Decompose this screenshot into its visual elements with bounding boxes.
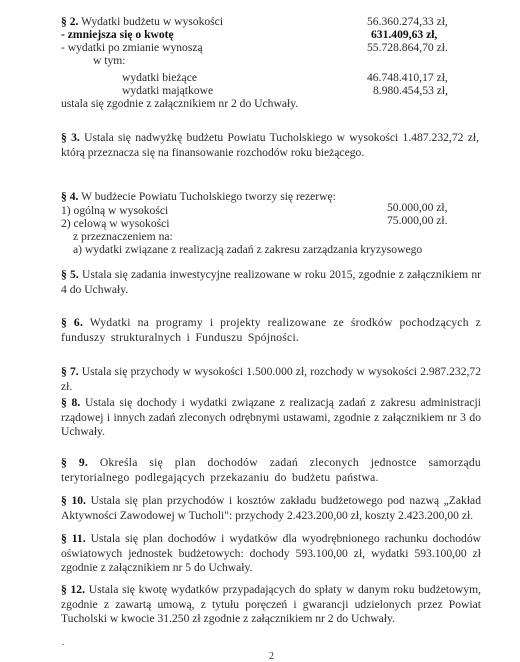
s11-paragraph: § 11. Ustala się plan dochodów i wydatkó… bbox=[61, 532, 481, 576]
s4-item2-value: 75.000,00 zł. bbox=[387, 214, 448, 227]
s4-item2: 2) celową w wysokości bbox=[61, 217, 170, 230]
s4-sub: z przeznaczeniem na: bbox=[73, 230, 173, 243]
s2-line6-value: 8.980.454,53 zł, bbox=[373, 84, 448, 97]
s2-line6: wydatki majątkowe bbox=[122, 84, 213, 97]
s10-paragraph: § 10. Ustala się plan przychodów i koszt… bbox=[61, 494, 481, 523]
s2-line2: - zmniejsza się o kwotę bbox=[61, 28, 174, 41]
s9-paragraph: § 9. Określa się plan dochodów zadań zle… bbox=[61, 456, 481, 485]
s8-paragraph: § 8. Ustala się dochody i wydatki związa… bbox=[61, 396, 481, 440]
stray-mark: . bbox=[62, 636, 64, 649]
s2-line1: § 2. Wydatki budżetu w wysokości bbox=[61, 15, 223, 28]
s6-paragraph: § 6. Wydatki na programy i projekty real… bbox=[61, 316, 481, 345]
s2-line1-value: 56.360.274,33 zł, bbox=[367, 15, 448, 28]
s3-paragraph: § 3. Ustala się nadwyżkę budżetu Powiatu… bbox=[61, 131, 479, 160]
s12-paragraph: § 12. Ustala się kwotę wydatków przypada… bbox=[61, 583, 481, 627]
s5-paragraph: § 5. Ustala się zadania inwestycyjne rea… bbox=[61, 268, 481, 297]
s4-item1-value: 50.000,00 zł, bbox=[387, 201, 448, 214]
s2-line7: ustala się zgodnie z załącznikiem nr 2 d… bbox=[61, 97, 298, 110]
s2-line3: - wydatki po zmianie wynoszą bbox=[61, 41, 203, 54]
s4-line1: § 4. W budżecie Powiatu Tucholskiego two… bbox=[61, 190, 336, 203]
s2-line5-value: 46.748.410,17 zł, bbox=[367, 71, 448, 84]
s2-line4: w tym: bbox=[93, 54, 126, 67]
s2-line5: wydatki bieżące bbox=[122, 71, 197, 84]
page-number: 2 bbox=[269, 650, 274, 662]
s2-line3-value: 55.728.864,70 zł. bbox=[367, 41, 448, 54]
s7-paragraph: § 7. Ustala się przychody w wysokości 1.… bbox=[61, 365, 481, 394]
s4-sub-a: a) wydatki związane z realizacją zadań z… bbox=[73, 243, 422, 256]
s2-line2-value: 631.409,63 zł, bbox=[371, 28, 437, 41]
s4-item1: 1) ogólną w wysokości bbox=[61, 204, 168, 217]
